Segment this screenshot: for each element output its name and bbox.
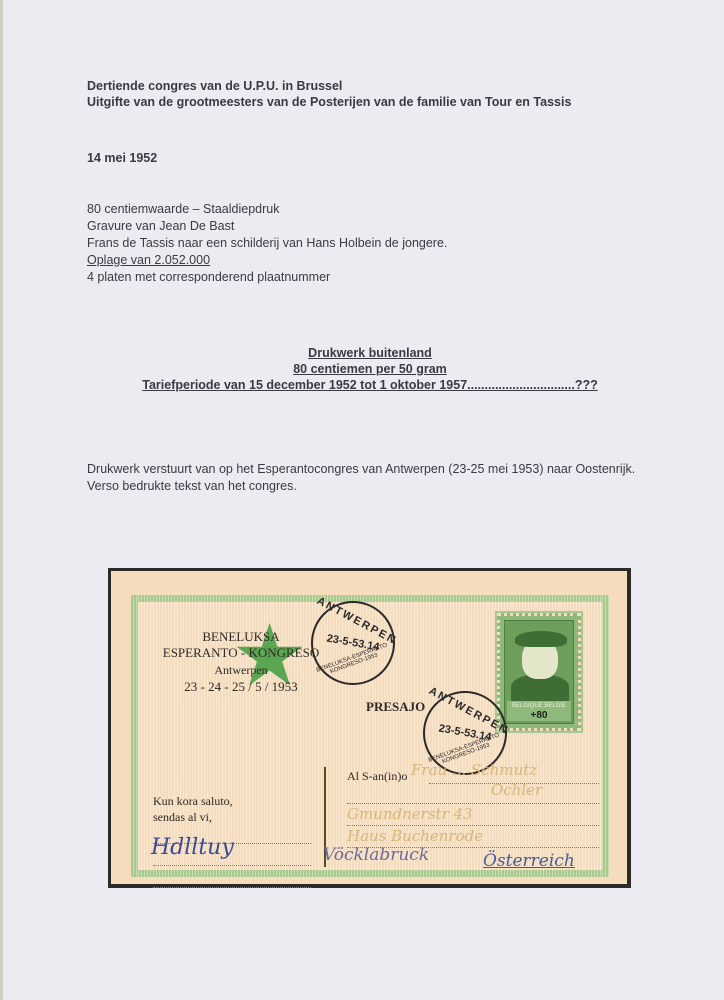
title-line-1: Dertiende congres van de U.P.U. in Bruss… [87,78,342,94]
tariff-line: 80 centiemen per 50 gram [140,361,600,377]
info-line: Gravure van Jean De Bast [87,218,447,235]
tariff-line: Tariefperiode van 15 december 1952 tot 1… [140,377,600,393]
issue-date: 14 mei 1952 [87,150,157,166]
address-line [347,825,599,826]
info-line: 4 platen met corresponderend plaatnummer [87,269,447,286]
card-heading-line: Antwerpen [141,662,341,678]
postmark: ANTWERPEN 23-5-53.14 BENELUKSA-ESPERANTO… [311,601,395,685]
postage-stamp: BELGIQUE BELGIE +80 [497,613,581,731]
address-label: Al S-an(in)o [347,769,407,784]
description-line: Drukwerk verstuurt van op het Esperantoc… [87,461,635,478]
stamp-value: +80 [531,710,548,721]
handwritten-country: Österreich [483,851,575,871]
portrait-hat-icon [515,631,567,647]
description: Drukwerk verstuurt van op het Esperantoc… [87,461,635,495]
info-line: Oplage van 2.052.000 [87,252,447,269]
handwritten-address: Vöcklabruck [323,845,429,865]
title-line-2: Uitgifte van de grootmeesters van de Pos… [87,94,571,110]
presajo-label: PRESAJO [366,699,425,715]
stamp-image: BELGIQUE BELGIE +80 [504,620,574,724]
handwritten-signature: Hdlltuy [151,835,234,860]
page-edge [0,0,3,1000]
signature-line [153,887,311,888]
signature-line [153,865,311,866]
tariff-line: Drukwerk buitenland [140,345,600,361]
info-line: Frans de Tassis naar een schilderij van … [87,235,447,252]
card-heading-line: 23 - 24 - 25 / 5 / 1953 [141,679,341,695]
stamp-country: BELGIQUE BELGIE [512,703,566,709]
stamp-info: 80 centiemwaarde – Staaldiepdruk Gravure… [87,201,447,286]
info-line: 80 centiemwaarde – Staaldiepdruk [87,201,447,218]
greeting-line: sendas al vi, [153,810,212,825]
handwritten-address: Gmundnerstr 43 [347,805,473,823]
handwritten-address: Haus Buchenrode [347,827,483,845]
tariff-block: Drukwerk buitenland 80 centiemen per 50 … [140,345,600,393]
handwritten-address: Frau ... Schmutz [411,761,537,779]
greeting-line: Kun kora saluto, [153,794,233,809]
stamp-label: BELGIQUE BELGIE +80 [507,701,571,721]
description-line: Verso bedrukte tekst van het congres. [87,478,635,495]
postcard: ★ BENELUKSA ESPERANTO - KONGRESO Antwerp… [108,568,631,888]
address-line [347,803,599,804]
handwritten-address: Ochler [491,781,542,799]
